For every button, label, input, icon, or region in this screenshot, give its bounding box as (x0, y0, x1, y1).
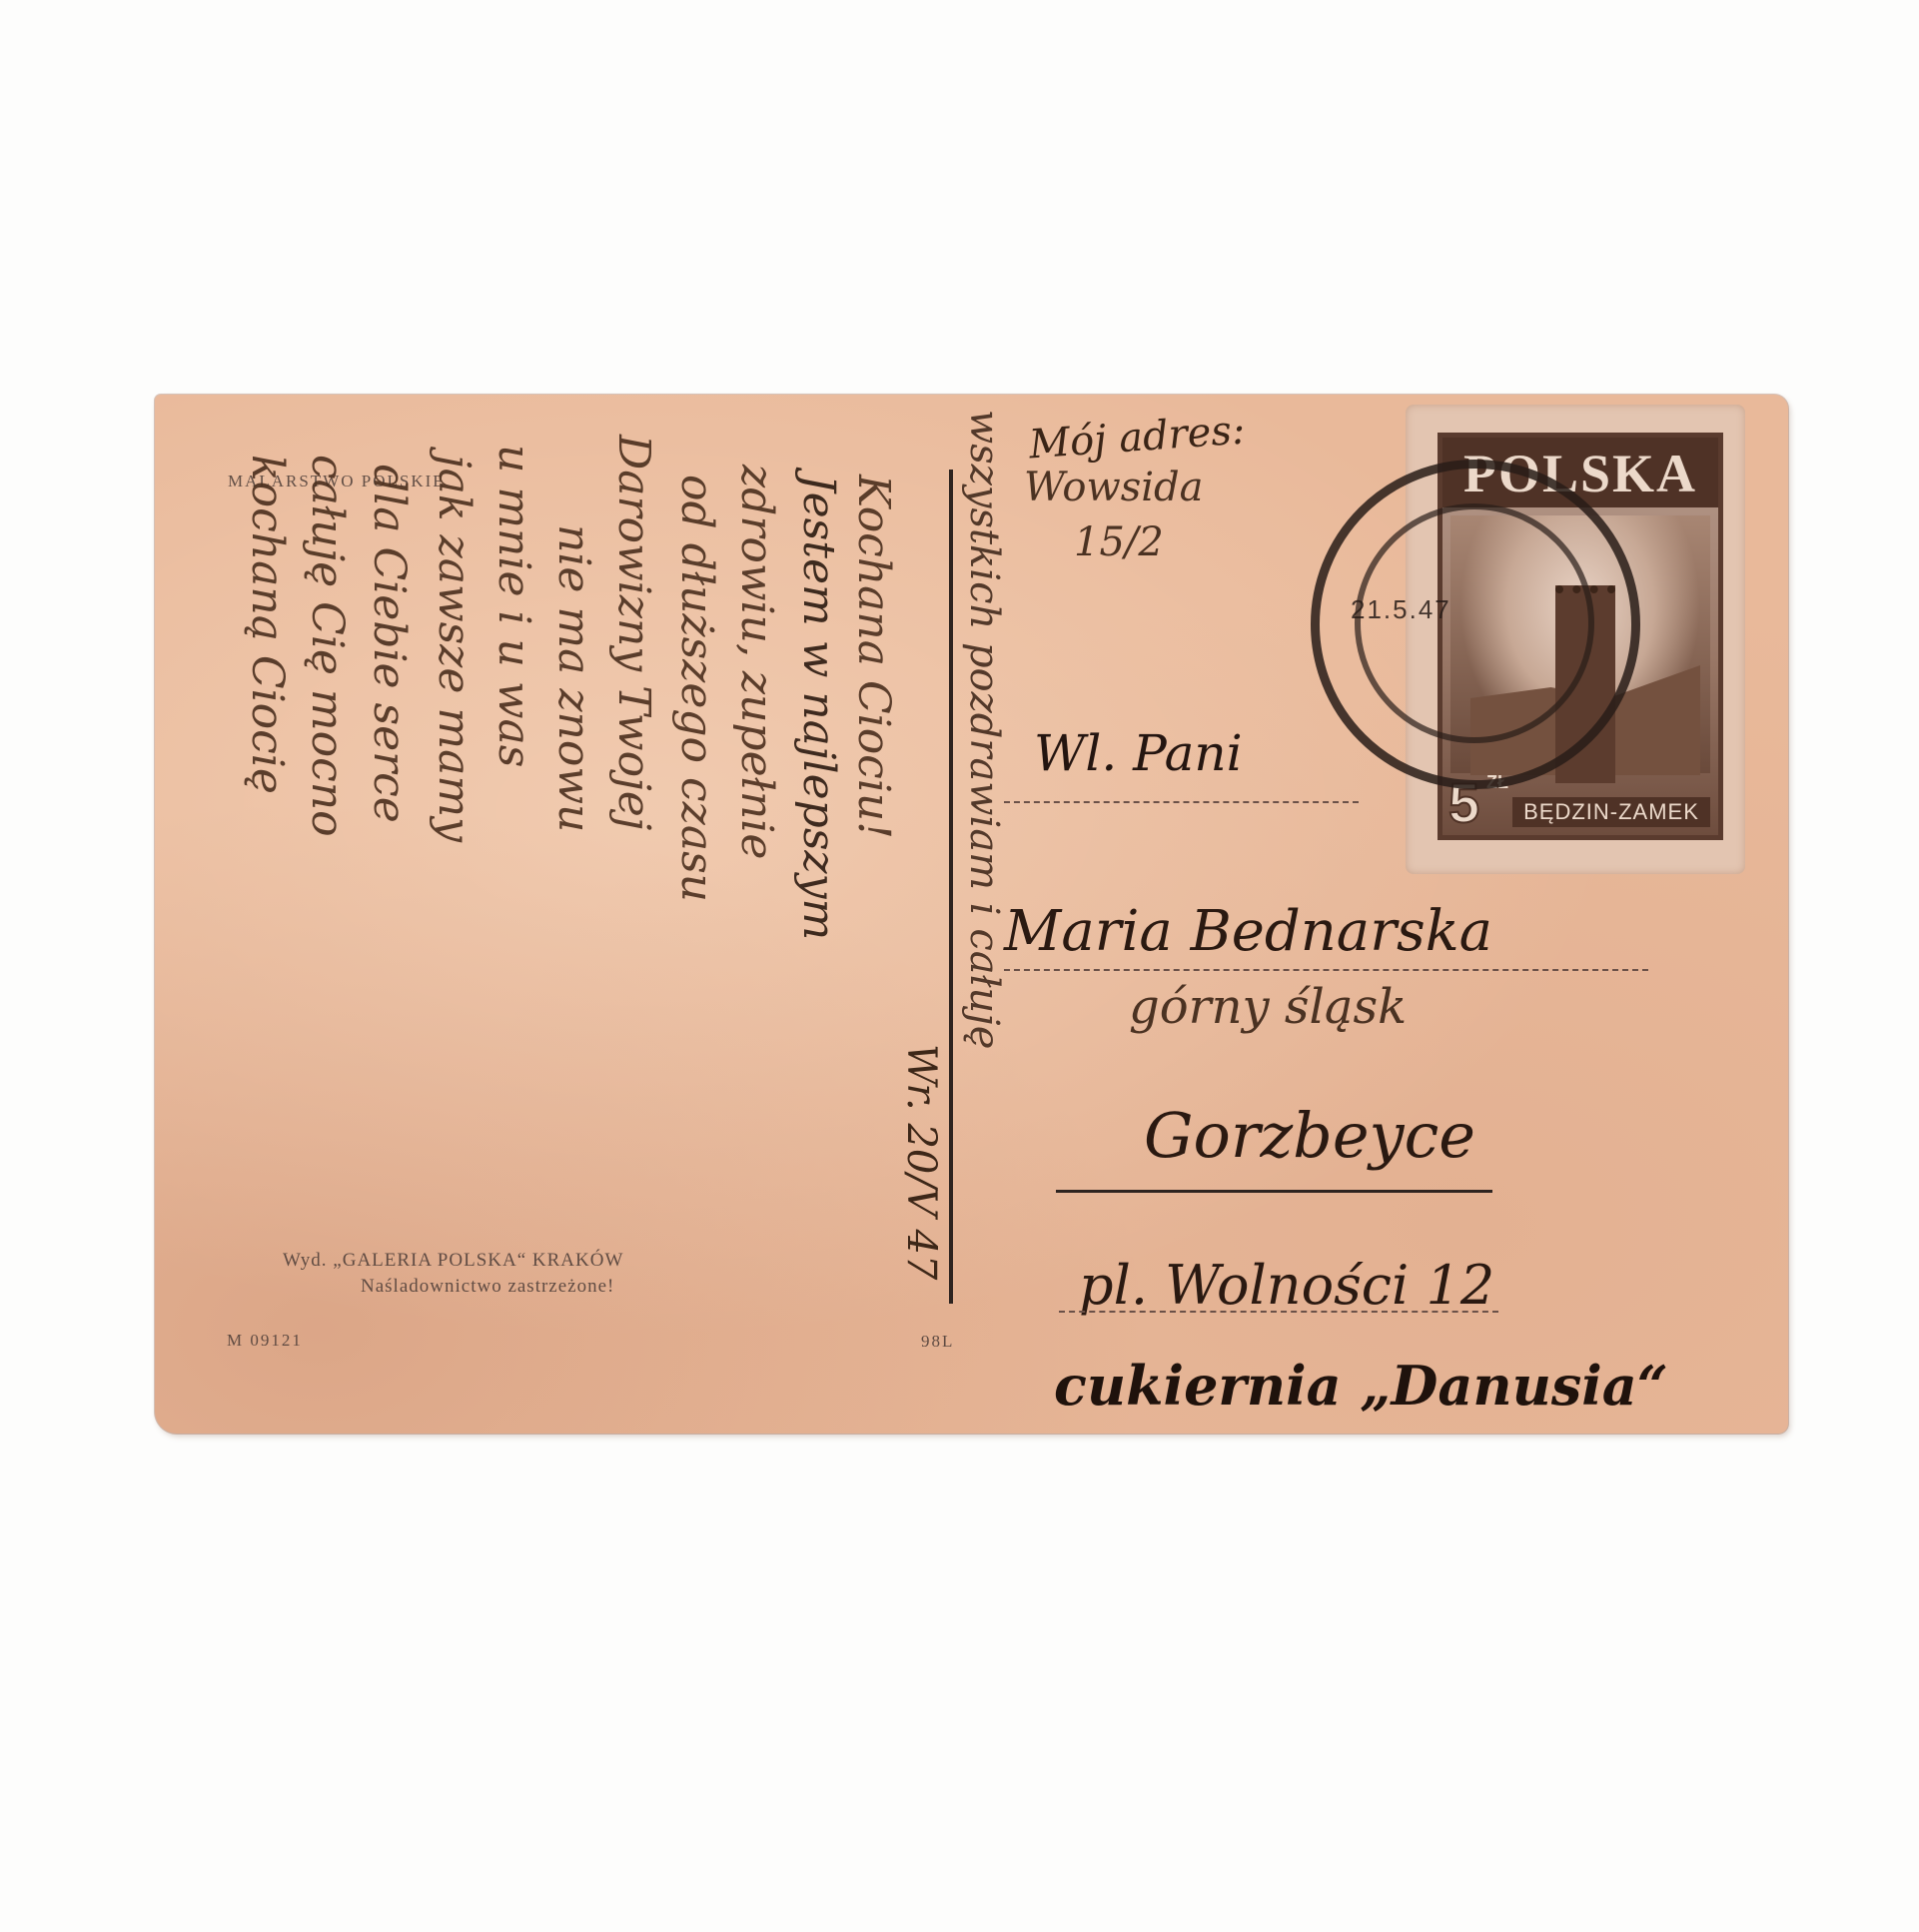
recipient-region: górny śląsk (1129, 979, 1407, 1035)
message-line: jak zawsze mamy (429, 455, 480, 842)
stamp-caption: BĘDZIN-ZAMEK (1512, 797, 1710, 827)
message-line: od dłuższego czasu (671, 475, 722, 902)
recipient-city: Gorzbeyce (1144, 1099, 1475, 1172)
recipient-salutation: Wl. Pani (1034, 724, 1243, 782)
postage-stamp: POLSKA ZŁ 5 BĘDZIN-ZAMEK 21.5.47 (1406, 405, 1745, 874)
message-line: Jestem w najlepszym (793, 475, 844, 940)
message-date: Wr. 20/V 47 (898, 1044, 944, 1280)
message-line: dla Ciebie serce (364, 465, 415, 823)
message-line: Darowizny Twojej (608, 435, 659, 830)
divider-line (949, 470, 953, 1304)
message-line: całuję Cię mocno (302, 455, 353, 837)
card-number: M 09121 (227, 1331, 303, 1351)
address-line (1059, 1311, 1498, 1313)
sender-number: 15/2 (1074, 519, 1164, 565)
copyright-line: Naśladownictwo zastrzeżone! (361, 1276, 614, 1298)
recipient-street: pl. Wolności 12 (1079, 1254, 1494, 1317)
address-line (1004, 801, 1359, 803)
publisher-line: Wyd. „GALERIA POLSKA“ KRAKÓW (283, 1250, 623, 1272)
recipient-name: Maria Bednarska (1004, 899, 1492, 964)
message-line: u mnie i u was (488, 445, 539, 767)
postcard: MALARSTWO POLSKIE Kochana Ciociu! Jestem… (155, 395, 1788, 1434)
postmark-date: 21.5.47 (1351, 594, 1451, 625)
address-line (1004, 969, 1648, 971)
message-line: nie ma znowu (548, 524, 599, 832)
message-line: Kochana Ciociu! (848, 475, 899, 839)
message-line: zdrowiu, zupełnie (731, 465, 782, 859)
print-code: 98L (921, 1332, 954, 1352)
sender-label: Mój adres: (1028, 408, 1247, 469)
sender-street: Wowsida (1024, 465, 1204, 510)
recipient-business: cukiernia „Danusia“ (1054, 1354, 1668, 1418)
message-closing: wszystkich pozdrawiam i całuję (961, 410, 1007, 1049)
message-line: kochaną Ciocię (242, 455, 293, 794)
city-underline (1056, 1190, 1492, 1193)
